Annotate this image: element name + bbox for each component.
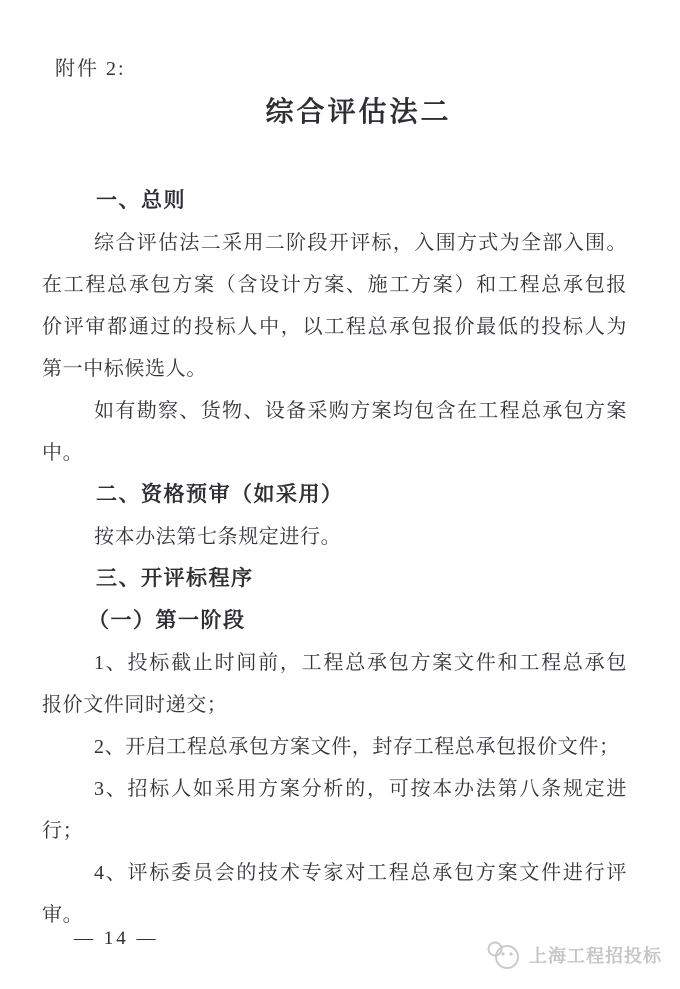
text-line: 4、评标委员会的技术专家对工程总承包方案文件进行评 — [42, 852, 627, 894]
text-line: 3、招标人如采用方案分析的，可按本办法第八条规定进 — [42, 768, 627, 810]
page-number: — 14 — — [74, 918, 159, 960]
section-subheading: （一）第一阶段 — [88, 600, 627, 642]
paragraph: 如有勘察、货物、设备采购方案均包含在工程总承包方案中。 — [42, 390, 627, 474]
paragraph: 综合评估法二采用二阶段开评标，入围方式为全部入围。在工程总承包方案（含设计方案、… — [42, 222, 627, 390]
attachment-label: 附件 2: — [55, 48, 627, 90]
text-line: 在工程总承包方案（含设计方案、施工方案）和工程总承包报 — [42, 264, 627, 306]
paragraph: 2、开启工程总承包方案文件，封存工程总承包报价文件； — [42, 726, 627, 768]
document-page: 附件 2: 综合评估法二 一、总则综合评估法二采用二阶段开评标，入围方式为全部入… — [0, 0, 680, 989]
document-body: 一、总则综合评估法二采用二阶段开评标，入围方式为全部入围。在工程总承包方案（含设… — [42, 180, 627, 936]
watermark: 上海工程招投标 — [485, 939, 662, 971]
watermark-label: 上海工程招投标 — [529, 942, 662, 968]
text-line: 1、投标截止时间前，工程总承包方案文件和工程总承包 — [42, 642, 627, 684]
paragraph: 按本办法第七条规定进行。 — [42, 516, 627, 558]
document-content: 附件 2: 综合评估法二 一、总则综合评估法二采用二阶段开评标，入围方式为全部入… — [42, 48, 627, 936]
text-line: 第一中标候选人。 — [42, 348, 627, 390]
paragraph: 3、招标人如采用方案分析的，可按本办法第八条规定进行； — [42, 768, 627, 852]
text-line: 如有勘察、货物、设备采购方案均包含在工程总承包方案 — [42, 390, 627, 432]
page-title: 综合评估法二 — [66, 90, 651, 136]
text-line: 按本办法第七条规定进行。 — [42, 516, 627, 558]
section-heading: 二、资格预审（如采用） — [96, 474, 627, 516]
text-line: 价评审都通过的投标人中，以工程总承包报价最低的投标人为 — [42, 306, 627, 348]
section-heading: 一、总则 — [96, 180, 627, 222]
paragraph: 1、投标截止时间前，工程总承包方案文件和工程总承包报价文件同时递交； — [42, 642, 627, 726]
section-heading: 三、开评标程序 — [96, 558, 627, 600]
text-line: 2、开启工程总承包方案文件，封存工程总承包报价文件； — [42, 726, 627, 768]
text-line: 报价文件同时递交； — [42, 684, 627, 726]
watermark-logo-icon — [485, 939, 523, 971]
text-line: 中。 — [42, 432, 627, 474]
text-line: 综合评估法二采用二阶段开评标，入围方式为全部入围。 — [42, 222, 627, 264]
text-line: 行； — [42, 810, 627, 852]
